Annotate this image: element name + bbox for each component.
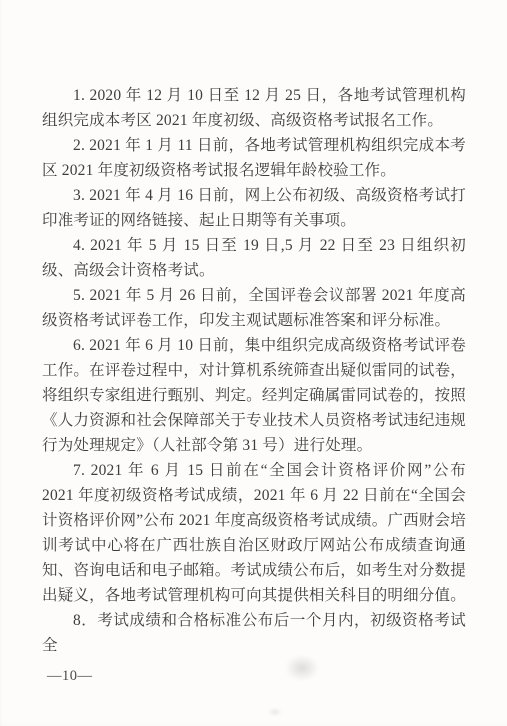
paragraph-6: 6. 2021 年 6 月 10 日前，集中组织完成高级资格考试评卷工作。在评卷… (42, 333, 466, 458)
scan-artifact-dot (268, 708, 282, 716)
scan-artifact-smudge (285, 655, 319, 681)
document-body: 1. 2020 年 12 月 10 日至 12 月 25 日，各地考试管理机构组… (42, 83, 466, 658)
paragraph-5: 5. 2021 年 5 月 26 日前，全国评卷会议部署 2021 年度高级资格… (42, 283, 466, 333)
paragraph-4: 4. 2021 年 5 月 15 日至 19 日,5 月 22 日至 23 日组… (42, 233, 466, 283)
paragraph-7: 7. 2021 年 6 月 15 日前在“全国会计资格评价网”公布 2021 年… (42, 458, 466, 608)
page-number: —10— (47, 668, 93, 685)
paragraph-3: 3. 2021 年 4 月 16 日前，网上公布初级、高级资格考试打印准考证的网… (42, 183, 466, 233)
paragraph-1: 1. 2020 年 12 月 10 日至 12 月 25 日，各地考试管理机构组… (42, 83, 466, 133)
paragraph-2: 2. 2021 年 1 月 11 日前，各地考试管理机构组织完成本考区 2021… (42, 133, 466, 183)
document-page: 1. 2020 年 12 月 10 日至 12 月 25 日，各地考试管理机构组… (0, 0, 507, 726)
paragraph-8: 8．考试成绩和合格标准公布后一个月内，初级资格考试全 (42, 608, 466, 658)
